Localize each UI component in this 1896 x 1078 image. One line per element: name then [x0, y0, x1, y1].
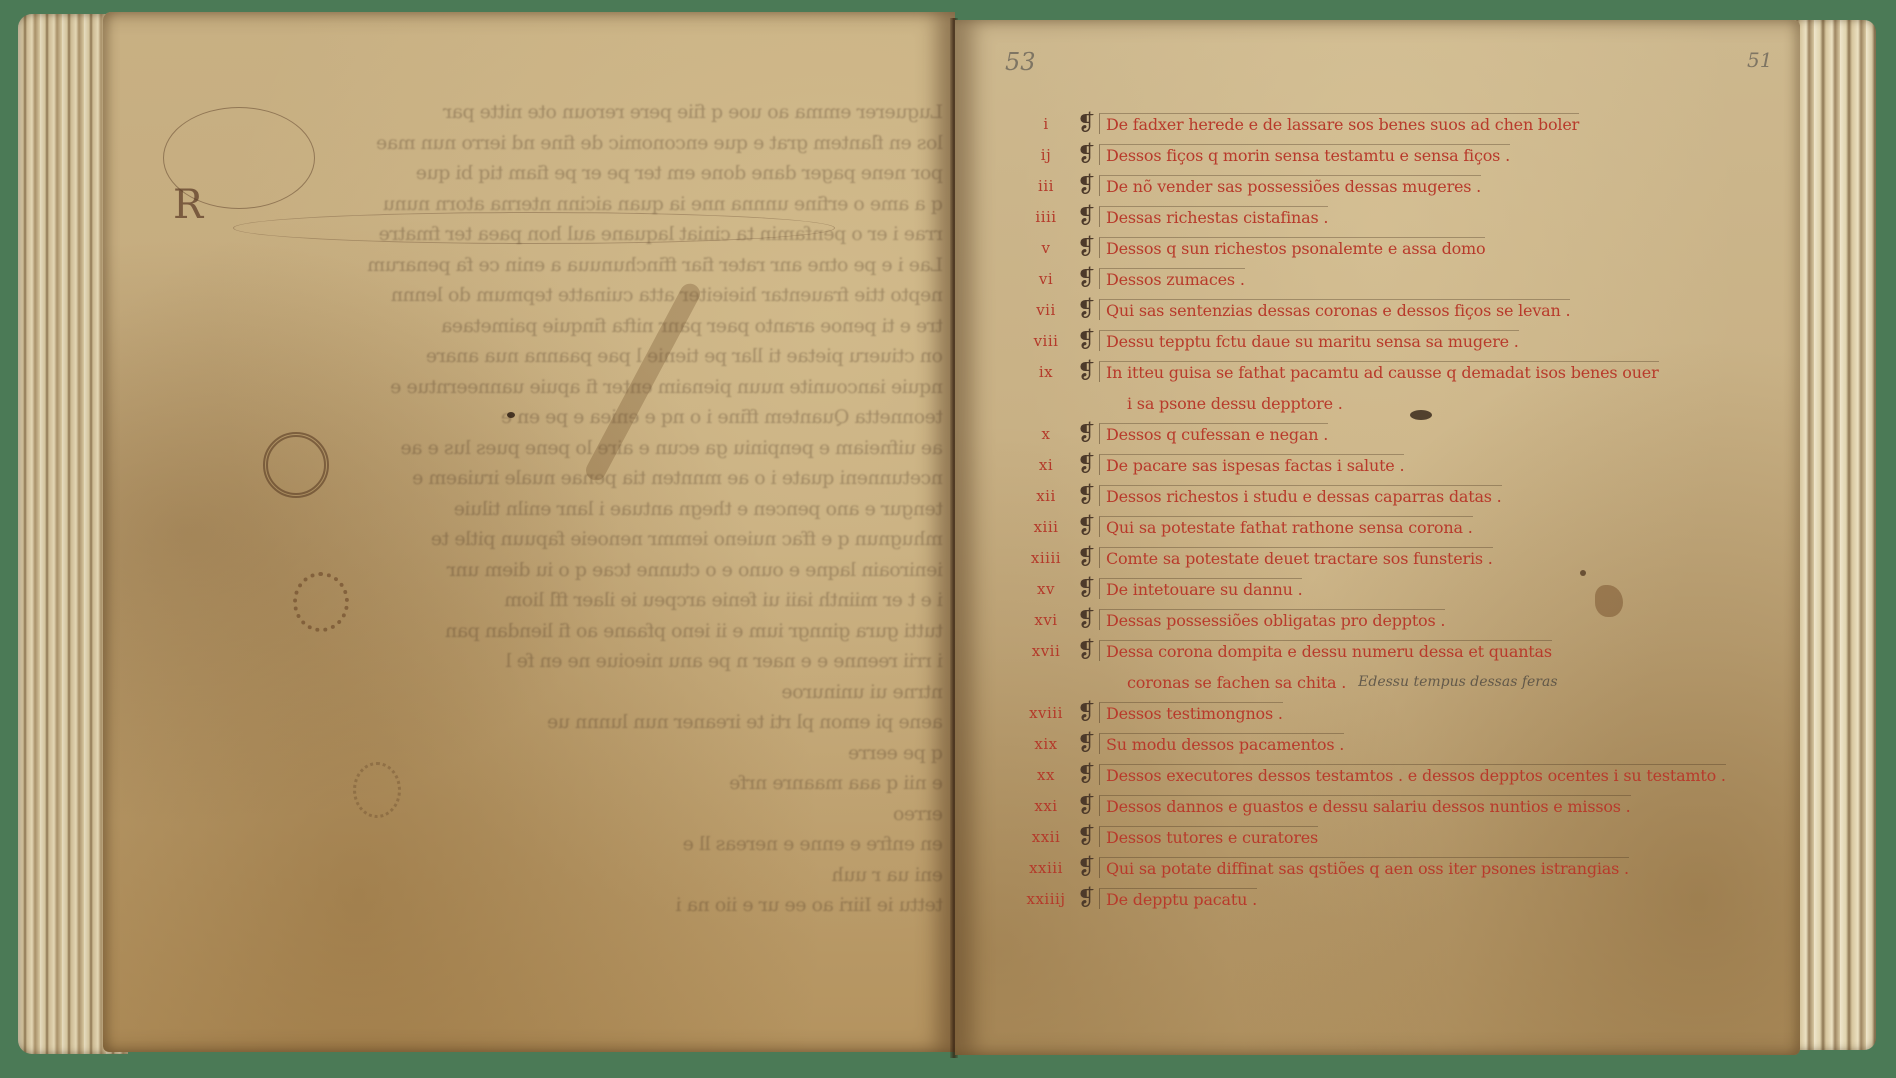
rubric-entry: vii❡Qui sas sentenzias dessas coronas e … [1015, 294, 1775, 325]
rubric-entry: x❡Dessos q cufessan e negan . [1015, 418, 1775, 449]
paragraph-mark-icon: ❡ [1077, 826, 1099, 848]
stain-spot [1595, 585, 1623, 617]
paragraph-mark-icon: ❡ [1077, 113, 1099, 135]
rubric-entry: v❡Dessos q sun richestos psonalemte e as… [1015, 232, 1775, 263]
bleed-line: en enfre e enne e nereas ll e [223, 829, 943, 860]
chapter-roman-numeral: xx [1015, 766, 1077, 784]
dark-spot [507, 412, 515, 418]
chapter-roman-numeral: xviii [1015, 704, 1077, 722]
bleed-line: tre e ti penoe aranto paer panr nifta fi… [223, 311, 943, 342]
bleed-line: Luguerer emma ao uoe q fiie pere reroun … [223, 97, 943, 128]
rubric-entry: xvii❡Dessa corona dompita e dessu numeru… [1015, 635, 1775, 666]
bleed-line: e nii q aaa maanre nrfe [223, 768, 943, 799]
ink-stain-ring [353, 762, 401, 818]
ink-stain-ring [263, 432, 329, 498]
folio-number-right: 51 [1747, 48, 1772, 72]
rubric-text: De intetouare su dannu . [1099, 578, 1302, 599]
paragraph-mark-icon: ❡ [1077, 454, 1099, 476]
rubric-text: De nõ vender sas possessiões dessas muge… [1099, 175, 1481, 196]
bleed-line: Lae i e pe otne anr rater fiar ffinchunu… [223, 250, 943, 281]
rubric-text: Qui sa potestate fathat rathone sensa co… [1099, 516, 1473, 537]
rubric-text: De pacare sas ispesas factas i salute . [1099, 454, 1404, 475]
rubric-text: Qui sa potate diffinat sas qstiões q aen… [1099, 857, 1629, 878]
rubric-entry: xiiii❡Comte sa potestate deuet tractare … [1015, 542, 1775, 573]
rubric-entry: xiii❡Qui sa potestate fathat rathone sen… [1015, 511, 1775, 542]
paragraph-mark-icon: ❡ [1077, 764, 1099, 786]
chapter-roman-numeral: ix [1015, 363, 1077, 381]
rubric-entry: xvi❡Dessas possessiões obligatas pro dep… [1015, 604, 1775, 635]
chapter-roman-numeral: x [1015, 425, 1077, 443]
chapter-roman-numeral: xxiii [1015, 859, 1077, 877]
bleed-line: erreo [223, 799, 943, 830]
rubric-entry: xx❡Dessos executores dessos testamtos . … [1015, 759, 1775, 790]
rubric-text: Dessos testimongnos . [1099, 702, 1283, 723]
bleed-line: eni ua r uuh [223, 860, 943, 891]
stain-spot [1580, 570, 1586, 576]
rubric-text: Dessos dannos e guastos e dessu salariu … [1099, 795, 1631, 816]
chapter-roman-numeral: xxii [1015, 828, 1077, 846]
bleed-line: mhugnun q e ffac nuieno iemmr nenoeie fa… [223, 524, 943, 555]
rubric-entry: iiii❡Dessas richestas cistafinas . [1015, 201, 1775, 232]
chapter-roman-numeral: xv [1015, 580, 1077, 598]
rubric-entry: xix❡Su modu dessos pacamentos . [1015, 728, 1775, 759]
bleed-line: tengur e ano pencen e thegn antuae i lan… [223, 494, 943, 525]
rubric-text: i sa psone dessu depptore . [1099, 393, 1343, 413]
chapter-roman-numeral: viii [1015, 332, 1077, 350]
chapter-roman-numeral: xiiii [1015, 549, 1077, 567]
bleed-line: ae uifneiam e penpiniu ga ecun e aire lo… [223, 433, 943, 464]
ink-blot [1410, 410, 1432, 420]
rubric-text: De fadxer herede e de lassare sos benes … [1099, 113, 1579, 134]
paragraph-mark-icon: ❡ [1077, 423, 1099, 445]
paragraph-mark-icon: ❡ [1077, 702, 1099, 724]
rubric-text: Dessu tepptu fctu daue su maritu sensa s… [1099, 330, 1519, 351]
rubric-text: Dessos fiços q morin sensa testamtu e se… [1099, 144, 1510, 165]
bleed-line: aene pi emon pl rti te ireaner nun lunnn… [223, 707, 943, 738]
chapter-roman-numeral: xvi [1015, 611, 1077, 629]
ink-stain-ring [293, 572, 349, 632]
chapter-roman-numeral: vii [1015, 301, 1077, 319]
pen-flourish-loop [163, 107, 315, 209]
paragraph-mark-icon: ❡ [1077, 361, 1099, 383]
rubric-text: Su modu dessos pacamentos . [1099, 733, 1344, 754]
pen-flourish-loop [233, 212, 835, 244]
rubric-text: Comte sa potestate deuet tractare sos fu… [1099, 547, 1493, 568]
bleed-line: tettu ie Iiiri ao ee ur e iio na i [223, 890, 943, 921]
paragraph-mark-icon: ❡ [1077, 795, 1099, 817]
paragraph-mark-icon: ❡ [1077, 206, 1099, 228]
paragraph-mark-icon: ❡ [1077, 609, 1099, 631]
rubric-text: Dessa corona dompita e dessu numeru dess… [1099, 640, 1552, 661]
paragraph-mark-icon: ❡ [1077, 485, 1099, 507]
rubric-entry: viii❡Dessu tepptu fctu daue su maritu se… [1015, 325, 1775, 356]
chapter-roman-numeral: xii [1015, 487, 1077, 505]
bleed-line: nquie iancounite nuun pienaim enter fi a… [223, 372, 943, 403]
bleed-line: ntrne ui uninuroe [223, 677, 943, 708]
paragraph-mark-icon: ❡ [1077, 733, 1099, 755]
chapter-roman-numeral: xvii [1015, 642, 1077, 660]
rubric-entry: xxii❡Dessos tutores e curatores [1015, 821, 1775, 852]
rubric-continuation-line: coronas se fachen sa chita .Edessu tempu… [1015, 666, 1775, 697]
rubric-entry: ij❡Dessos fiços q morin sensa testamtu e… [1015, 139, 1775, 170]
chapter-roman-numeral: xxiiij [1015, 890, 1077, 908]
paragraph-mark-icon: ❡ [1077, 175, 1099, 197]
chapter-roman-numeral: ij [1015, 146, 1077, 164]
paragraph-mark-icon: ❡ [1077, 888, 1099, 910]
bleed-line: los en flantem grat e que enconomic de f… [223, 128, 943, 159]
rubric-continuation-line: i sa psone dessu depptore . [1015, 387, 1775, 418]
rubric-entry: iii❡De nõ vender sas possessiões dessas … [1015, 170, 1775, 201]
paragraph-mark-icon: ❡ [1077, 516, 1099, 538]
rubric-text: Dessos q cufessan e negan . [1099, 423, 1328, 444]
bleed-line: q pe eerre [223, 738, 943, 769]
paragraph-mark-icon: ❡ [1077, 237, 1099, 259]
paragraph-mark-icon: ❡ [1077, 330, 1099, 352]
paragraph-mark-icon: ❡ [1077, 640, 1099, 662]
bleed-line: i rrii reenne e e naer n pe anu nieoiue … [223, 646, 943, 677]
rubric-text: Dessos executores dessos testamtos . e d… [1099, 764, 1726, 785]
paragraph-mark-icon: ❡ [1077, 268, 1099, 290]
chapter-roman-numeral: xi [1015, 456, 1077, 474]
folio-number-left: 53 [1005, 48, 1036, 76]
rubric-text: Qui sas sentenzias dessas coronas e dess… [1099, 299, 1570, 320]
rubric-entry: xxi❡Dessos dannos e guastos e dessu sala… [1015, 790, 1775, 821]
chapter-roman-numeral: xiii [1015, 518, 1077, 536]
rubric-entry: xviii❡Dessos testimongnos . [1015, 697, 1775, 728]
rubric-entry: xxiiij❡De depptu pacatu . [1015, 883, 1775, 914]
bleed-line: por nene pager dane done em ter pe er pe… [223, 158, 943, 189]
rubric-text: Dessos q sun richestos psonalemte e assa… [1099, 237, 1485, 258]
rubric-entry: ix❡In itteu guisa se fathat pacamtu ad c… [1015, 356, 1775, 387]
chapter-roman-numeral: xxi [1015, 797, 1077, 815]
paragraph-mark-icon: ❡ [1077, 144, 1099, 166]
rubric-entry: xii❡Dessos richestos i studu e dessas ca… [1015, 480, 1775, 511]
rubric-table-of-contents: i❡De fadxer herede e de lassare sos bene… [1015, 108, 1775, 914]
rubric-text: Dessos zumaces . [1099, 268, 1245, 289]
rubric-text: Dessos richestos i studu e dessas caparr… [1099, 485, 1502, 506]
rubric-entry: i❡De fadxer herede e de lassare sos bene… [1015, 108, 1775, 139]
paragraph-mark-icon: ❡ [1077, 857, 1099, 879]
bleed-line: on ctiueru pietae ti llar pe tienie l pa… [223, 341, 943, 372]
left-page: Luguerer emma ao uoe q fiie pere reroun … [103, 12, 955, 1052]
rubric-text: Dessas richestas cistafinas . [1099, 206, 1328, 227]
rubric-entry: xv❡De intetouare su dannu . [1015, 573, 1775, 604]
paragraph-mark-icon: ❡ [1077, 299, 1099, 321]
rubric-entry: vi❡Dessos zumaces . [1015, 263, 1775, 294]
bleed-line: ncetunneni quate i o ae mnnten tia penae… [223, 463, 943, 494]
chapter-roman-numeral: iiii [1015, 208, 1077, 226]
chapter-roman-numeral: iii [1015, 177, 1077, 195]
rubric-text: In itteu guisa se fathat pacamtu ad caus… [1099, 361, 1659, 382]
rubric-text: Dessos tutores e curatores [1099, 826, 1318, 847]
bleed-line: teonnetta Quantem ffine i o nq e eniea e… [223, 402, 943, 433]
right-fore-edge-pages [1788, 20, 1876, 1050]
rubric-text: De depptu pacatu . [1099, 888, 1257, 909]
marginal-gloss: Edessu tempus dessas feras [1358, 674, 1557, 690]
paragraph-mark-icon: ❡ [1077, 578, 1099, 600]
chapter-roman-numeral: vi [1015, 270, 1077, 288]
rubric-text: Dessas possessiões obligatas pro depptos… [1099, 609, 1445, 630]
chapter-roman-numeral: i [1015, 115, 1077, 133]
chapter-roman-numeral: v [1015, 239, 1077, 257]
rubric-entry: xi❡De pacare sas ispesas factas i salute… [1015, 449, 1775, 480]
chapter-roman-numeral: xix [1015, 735, 1077, 753]
rubric-text: coronas se fachen sa chita . [1099, 672, 1346, 692]
rubric-entry: xxiii❡Qui sa potate diffinat sas qstiões… [1015, 852, 1775, 883]
right-page: 53 51 i❡De fadxer herede e de lassare so… [955, 20, 1800, 1055]
open-codex: Luguerer emma ao uoe q fiie pere reroun … [18, 8, 1876, 1060]
paragraph-mark-icon: ❡ [1077, 547, 1099, 569]
bleed-line: nepto ttie frauentar hieieiter atta cuin… [223, 280, 943, 311]
